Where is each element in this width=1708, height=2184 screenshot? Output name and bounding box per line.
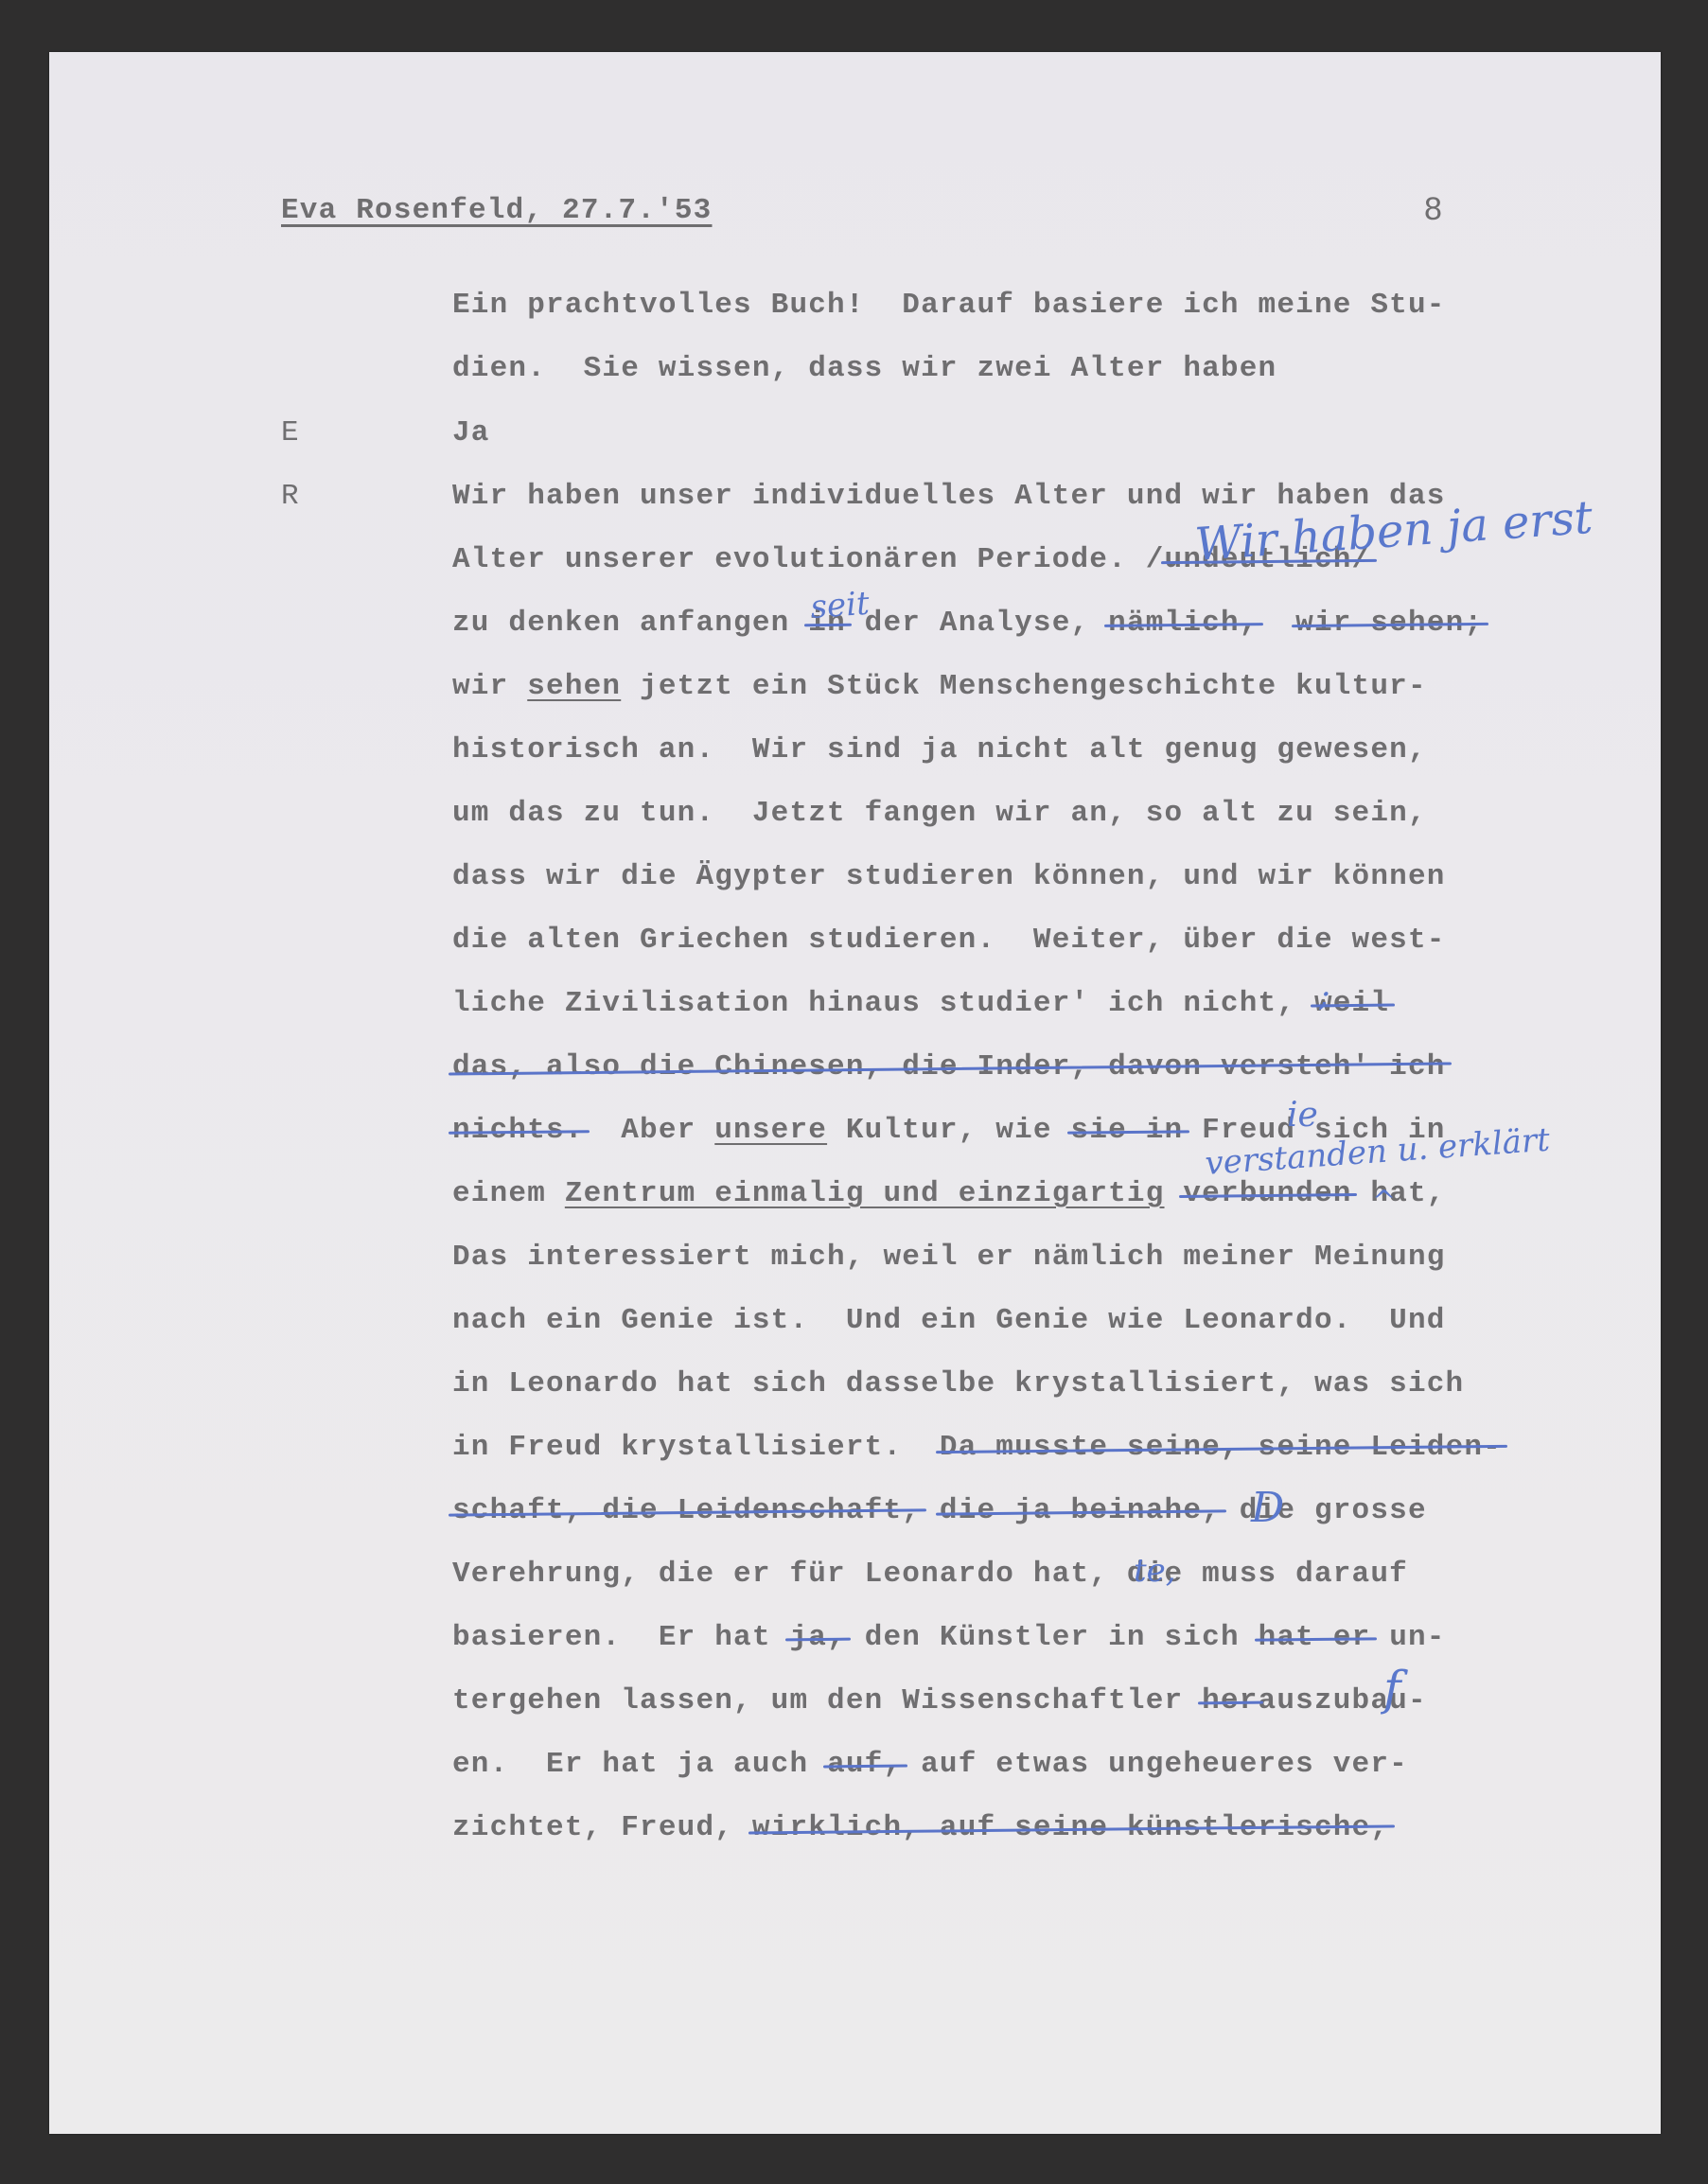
struck-text: auf, [827,1748,902,1781]
text-segment: basieren. Er hat [452,1621,789,1654]
text-segment: auszubau- [1259,1684,1427,1717]
text-segment: Aber [584,1114,715,1147]
text-line: Ein prachtvolles Buch! Darauf basiere ic… [452,289,1446,322]
text-segment: einem [452,1177,565,1210]
text-segment: wir [452,670,527,703]
underlined-text: unsere [714,1114,827,1147]
struck-text: die ja beinahe, [940,1494,1221,1527]
text-line: dien. Sie wissen, dass wir zwei Alter ha… [452,352,1277,385]
text-segment [1165,1177,1184,1210]
handwritten-insertion: f [1383,1661,1401,1716]
struck-text: her [1202,1684,1258,1717]
struck-text: nämlich, [1108,607,1258,640]
text-line: um das zu tun. Jetzt fangen wir an, so a… [452,797,1427,830]
underlined-text: sehen [527,670,621,703]
underlined-text: Zentrum einmalig und einzigartig [565,1177,1165,1210]
text-line: dass wir die Ägypter studieren können, u… [452,860,1446,893]
struck-text: nichts. [452,1114,584,1147]
speaker-label-e: E [281,416,300,449]
text-segment: den Künstler in sich [846,1621,1259,1654]
text-line: die alten Griechen studieren. Weiter, üb… [452,924,1446,957]
text-segment: zu denken anfangen [452,607,808,640]
text-line: in Freud krystallisiert. Da musste seine… [452,1431,1502,1464]
text-line: einem Zentrum einmalig und einzigartig v… [452,1177,1446,1210]
text-line: Verehrung, die er für Leonardo hat, die … [452,1558,1408,1591]
text-line: Wir haben unser individuelles Alter und … [452,480,1446,513]
text-segment: der Analyse, [846,607,1108,640]
text-line: zichtet, Freud, wirklich, auf seine küns… [452,1811,1389,1844]
text-line: das, also die Chinesen, die Inder, davon… [452,1050,1446,1083]
text-line: en. Er hat ja auch auf, auf etwas ungehe… [452,1748,1408,1781]
struck-text: Da musste seine, seine Leiden- [940,1431,1502,1464]
text-segment: Kultur, wie [827,1114,1070,1147]
document-header: Eva Rosenfeld, 27.7.'53 [281,194,712,227]
text-segment: un- [1370,1621,1445,1654]
handwritten-insertion: ie [1287,1096,1318,1135]
text-line: basieren. Er hat ja, den Künstler in sic… [452,1621,1446,1654]
struck-text: sie in [1071,1114,1184,1147]
text-segment: hat, [1352,1177,1446,1210]
text-segment: auf etwas ungeheueres ver- [902,1748,1408,1781]
text-line: wir sehen jetzt ein Stück Menschengeschi… [452,670,1427,703]
text-line: tergehen lassen, um den Wissenschaftler … [452,1684,1427,1717]
text-segment: in Freud krystallisiert. [452,1431,940,1464]
text-line: in Leonardo hat sich dasselbe krystallis… [452,1367,1464,1400]
struck-text: hat er [1259,1621,1371,1654]
text-line: historisch an. Wir sind ja nicht alt gen… [452,733,1427,766]
text-segment: tergehen lassen, um den Wissenschaftler [452,1684,1202,1717]
struck-text: schaft, die Leidenschaft, [452,1494,921,1527]
speaker-label-r: R [281,480,300,513]
caret-mark: ^ [1372,1185,1396,1218]
handwritten-insertion: te, [1134,1552,1176,1590]
page-number: 8 [1424,191,1443,228]
handwritten-insertion: seit [809,585,871,626]
handwritten-insertion: ; [1319,977,1329,1014]
struck-text: wir sehen; [1295,607,1483,640]
text-segment: en. Er hat ja auch [452,1748,827,1781]
text-line: liche Zivilisation hinaus studier' ich n… [452,987,1389,1020]
text-segment: Alter unserer evolutionären Periode. / [452,543,1165,576]
text-line: zu denken anfangen in der Analyse, nämli… [452,607,1483,640]
struck-text: ja, [789,1621,845,1654]
text-line: nach ein Genie ist. Und ein Genie wie Le… [452,1304,1446,1337]
text-line: Das interessiert mich, weil er nämlich m… [452,1241,1446,1274]
text-segment: jetzt ein Stück Menschengeschichte kultu… [621,670,1427,703]
text-line: Ja [452,416,490,449]
text-segment [1259,607,1296,640]
text-segment: zichtet, Freud, [452,1811,752,1844]
struck-text: wirklich, auf seine künstlerische, [752,1811,1389,1844]
struck-text: das, also die Chinesen, die Inder, davon… [452,1050,1446,1083]
handwritten-insertion: D [1251,1484,1284,1532]
text-segment: liche Zivilisation hinaus studier' ich n… [452,987,1314,1020]
